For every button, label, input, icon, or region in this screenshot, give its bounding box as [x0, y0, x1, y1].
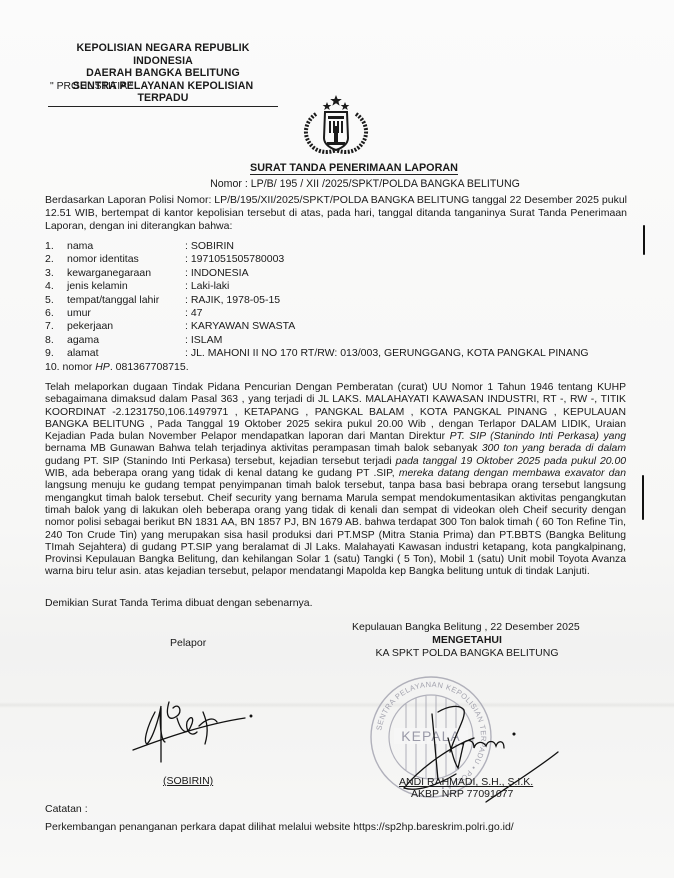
letterhead: KEPOLISIAN NEGARA REPUBLIK INDONESIA DAE… [48, 42, 278, 107]
identity-label: jenis kelamin [67, 280, 185, 293]
narrative-text: langsung menuju ke gudang tempat penyimp… [45, 480, 626, 577]
narrative-text-italic: mereka datang dengan membawa exavator da… [399, 468, 626, 479]
identity-row: 4.jenis kelamin: Laki-laki [45, 280, 645, 293]
identity-row: 7.pekerjaan: KARYAWAN SWASTA [45, 320, 645, 333]
identity-value: : ISLAM [185, 334, 222, 347]
document-title-block: SURAT TANDA PENERIMAAN LAPORAN Nomor : L… [0, 158, 674, 190]
identity-row: 3.kewarganegaraan: INDONESIA [45, 267, 645, 280]
identity-row-phone: 10. nomor HP. 081367708715. [45, 361, 645, 374]
identity-num: 7. [45, 320, 67, 333]
identity-num: 1. [45, 240, 67, 253]
officer-position: KA SPKT POLDA BANGKA BELITUNG [352, 647, 582, 660]
narrative-text-italic: 300 ton yang berada di dalam [482, 443, 626, 454]
identity-num: 4. [45, 280, 67, 293]
identity-num: 8. [45, 334, 67, 347]
scan-edge-mark [642, 475, 644, 520]
police-emblem-icon [292, 94, 380, 156]
identity-label: nama [67, 240, 185, 253]
identity-num: 6. [45, 307, 67, 320]
identity-value: : SOBIRIN [185, 240, 234, 253]
identity-label: alamat [67, 347, 185, 360]
narrative-text: WIB, ada beberapa orang yang tidak di ke… [45, 468, 399, 479]
identity-label: kewarganegaraan [67, 267, 185, 280]
identity-value: : INDONESIA [185, 267, 249, 280]
paper-fold-shadow [0, 702, 674, 708]
letterhead-line-1: KEPOLISIAN NEGARA REPUBLIK INDONESIA [48, 42, 278, 67]
intro-paragraph: Berdasarkan Laporan Polisi Nomor: LP/B/1… [45, 194, 627, 234]
identity-row: 8.agama: ISLAM [45, 334, 645, 347]
acknowledge-label: MENGETAHUI [352, 634, 582, 647]
narrative-text-italic: PT. SIP (Stanindo Inti Perkasa) yang [450, 431, 626, 442]
notes-text: Perkembangan penanganan perkara dapat di… [45, 821, 514, 833]
acknowledgement-block: MENGETAHUI KA SPKT POLDA BANGKA BELITUNG [352, 634, 582, 660]
document-number: Nomor : LP/B/ 195 / XII /2025/SPKT/POLDA… [56, 178, 674, 190]
identity-num: 2. [45, 253, 67, 266]
reporter-label: Pelapor [170, 637, 206, 649]
document-title: SURAT TANDA PENERIMAAN LAPORAN [250, 162, 458, 175]
identity-label: nomor identitas [67, 253, 185, 266]
identity-value: : Laki-laki [185, 280, 229, 293]
reporter-identity-list: 1.nama: SOBIRIN2.nomor identitas: 197105… [45, 240, 645, 374]
pro-justitia-label: " PRO JUSTITIA " [50, 81, 133, 92]
identity-label: umur [67, 307, 185, 320]
identity-num: 9. [45, 347, 67, 360]
identity-num: 3. [45, 267, 67, 280]
phone-hp: HP [95, 361, 110, 373]
identity-num: 5. [45, 294, 67, 307]
notes-label: Catatan : [45, 803, 88, 815]
narrative-text-italic: pada tanggal 19 Oktober 2025 pada pukul … [396, 456, 626, 467]
letterhead-line-2: DAERAH BANGKA BELITUNG [48, 67, 278, 80]
identity-label: pekerjaan [67, 320, 185, 333]
phone-num: 10. [45, 361, 60, 373]
phone-pre: nomor [63, 361, 96, 373]
closing-statement: Demikian Surat Tanda Terima dibuat denga… [45, 597, 313, 609]
officer-rank-nrp: AKBP NRP 77091077 [411, 788, 513, 800]
identity-value: : 1971051505780003 [185, 253, 284, 266]
identity-value: : RAJIK, 1978-05-15 [185, 294, 280, 307]
identity-row: 1.nama: SOBIRIN [45, 240, 645, 253]
narrative-text: bernama MB Gunawan Bahwa telah terjadiny… [45, 443, 482, 454]
reporter-signature-icon [125, 682, 275, 782]
identity-row: 9.alamat: JL. MAHONI II NO 170 RT/RW: 01… [45, 347, 645, 360]
reporter-name: (SOBIRIN) [163, 775, 213, 787]
identity-row: 6.umur: 47 [45, 307, 645, 320]
identity-row: 5.tempat/tanggal lahir: RAJIK, 1978-05-1… [45, 294, 645, 307]
place-date: Kepulauan Bangka Belitung , 22 Desember … [352, 621, 582, 633]
identity-label: tempat/tanggal lahir [67, 294, 185, 307]
incident-narrative: Telah melaporkan dugaan Tindak Pidana Pe… [45, 382, 626, 579]
officer-name: ANDI RAHMADI, S.H., S.I.K. [399, 776, 533, 788]
narrative-text: gudang PT. SIP (Stanindo Inti Perkasa) t… [45, 456, 396, 467]
identity-label: agama [67, 334, 185, 347]
identity-value: : 47 [185, 307, 203, 320]
phone-value: . 081367708715. [110, 361, 189, 373]
identity-row: 2.nomor identitas: 1971051505780003 [45, 253, 645, 266]
identity-value: : KARYAWAN SWASTA [185, 320, 295, 333]
identity-value: : JL. MAHONI II NO 170 RT/RW: 013/003, G… [185, 347, 589, 360]
